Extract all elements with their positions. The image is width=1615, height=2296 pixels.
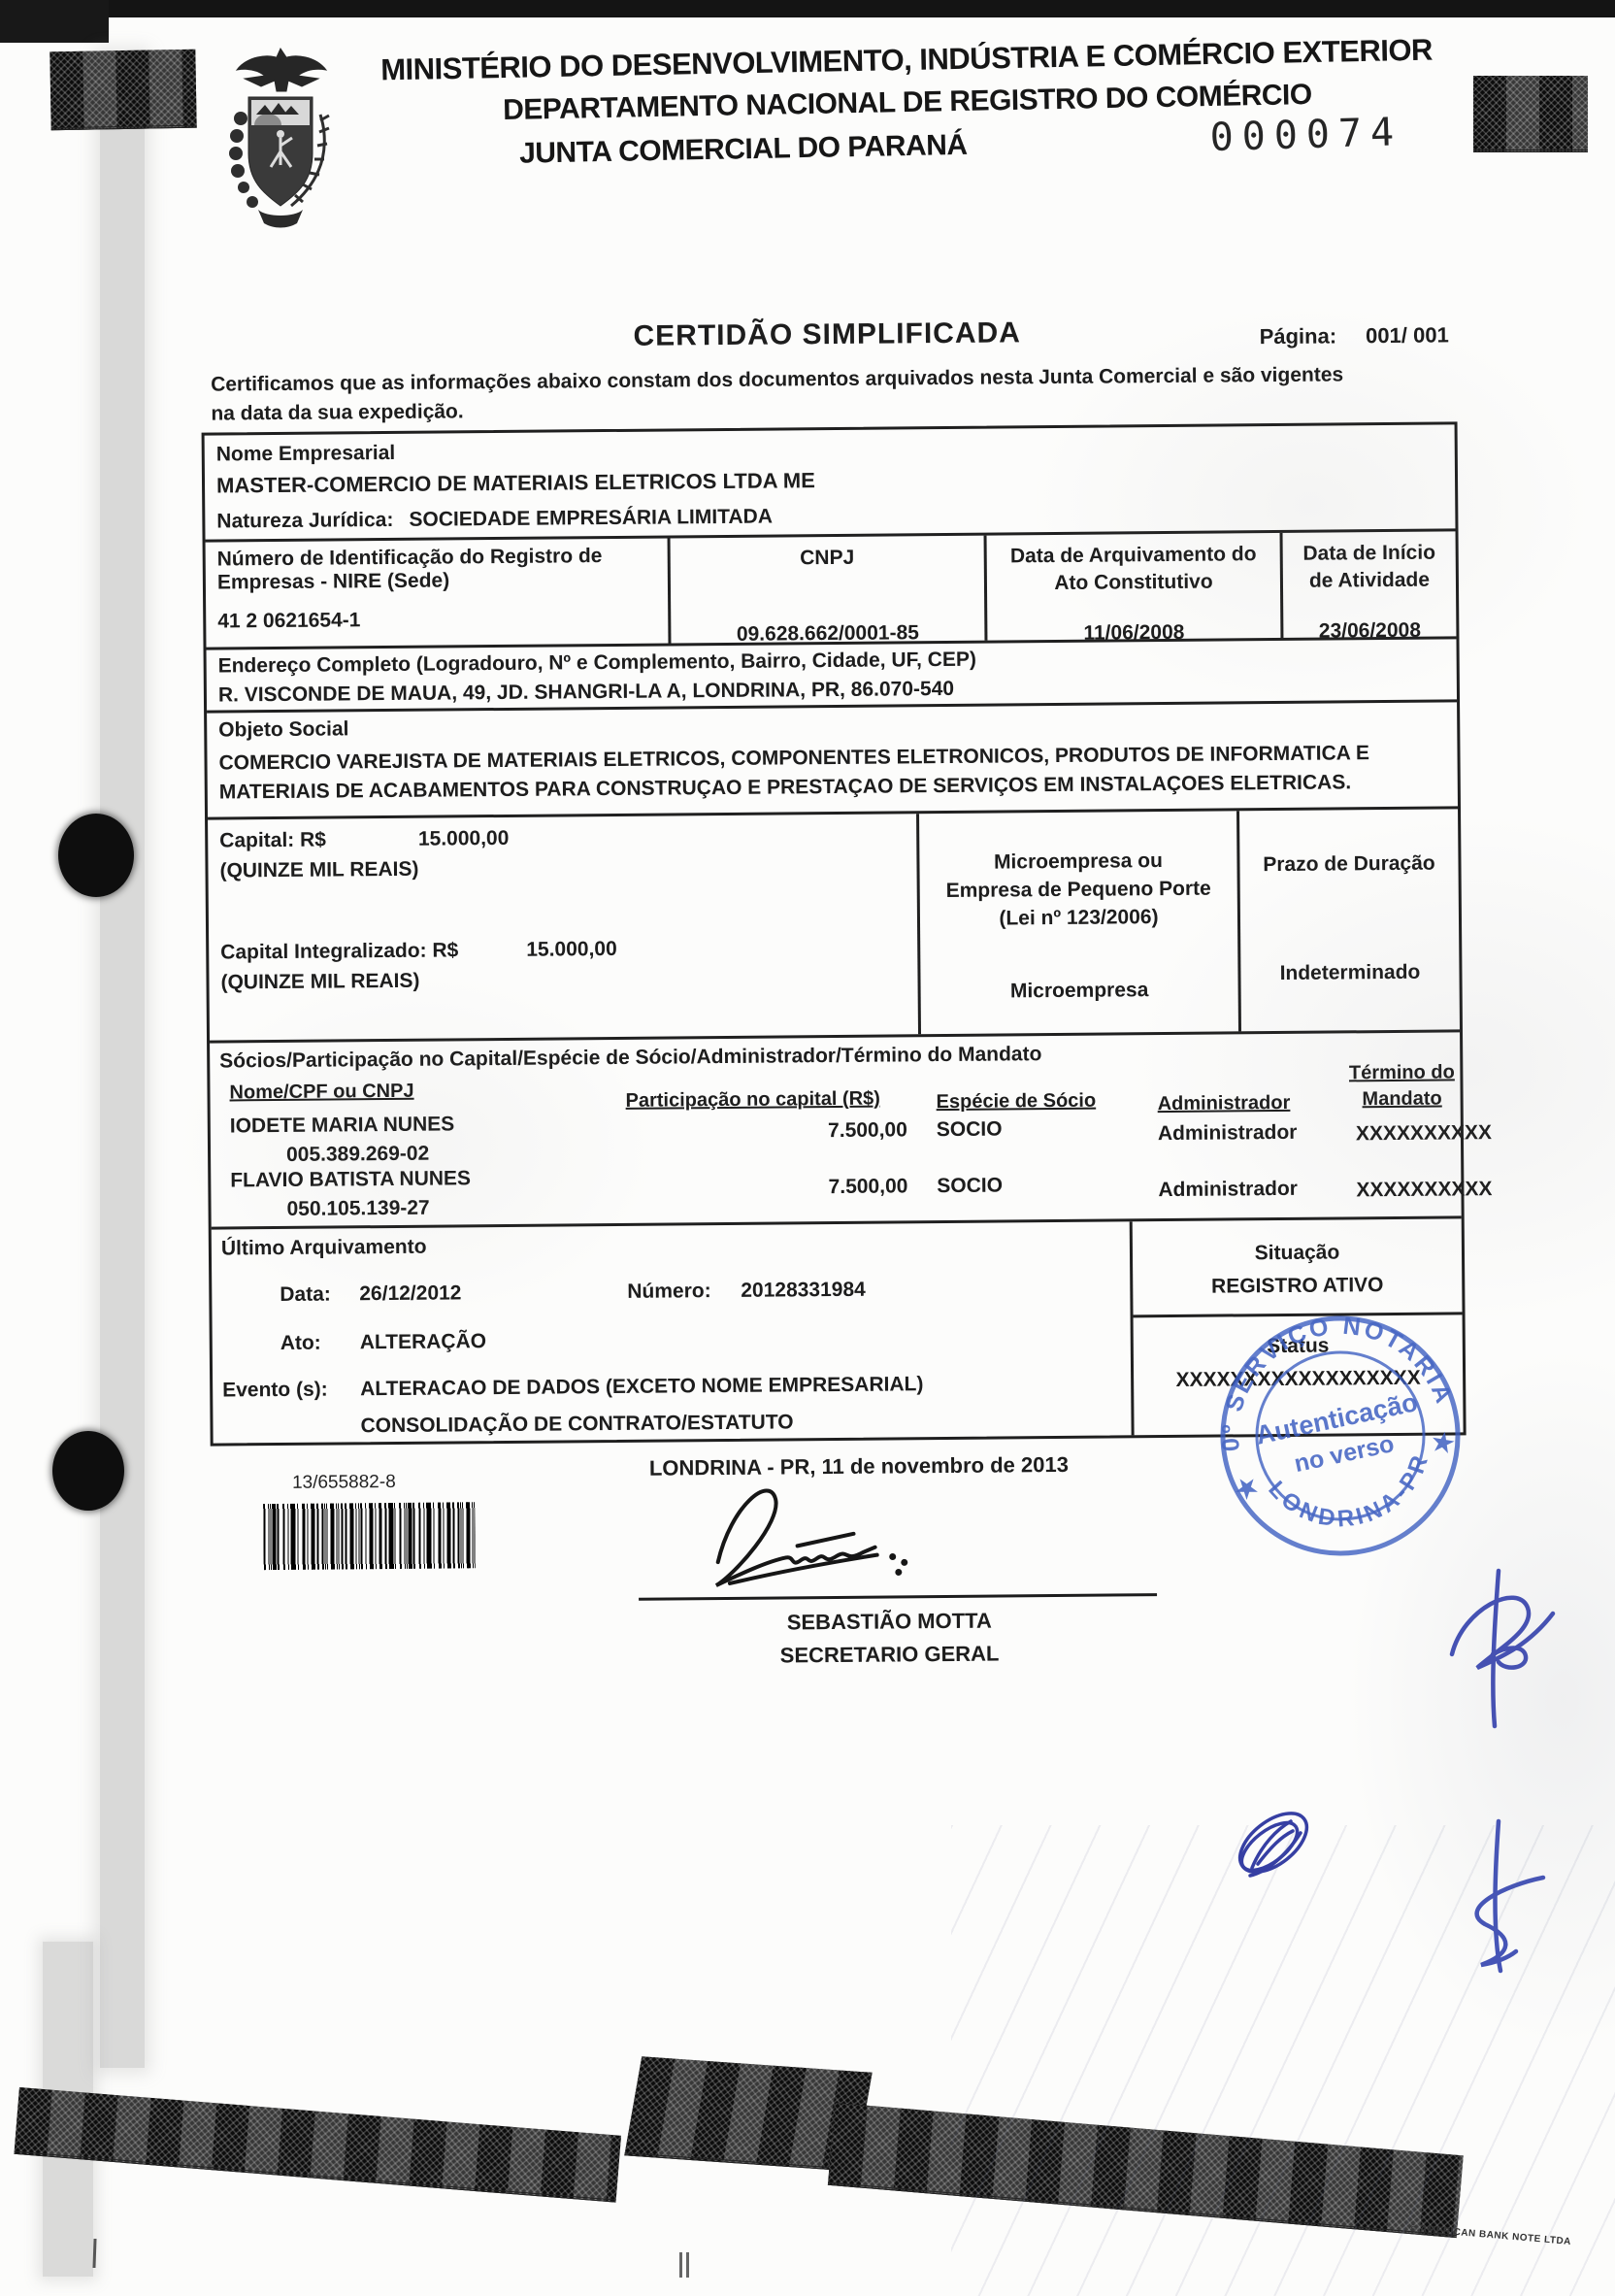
signer-name: SEBASTIÃO MOTTA xyxy=(627,1607,1151,1637)
legal-nature-row: Natureza Jurídica:SOCIEDADE EMPRESÁRIA L… xyxy=(216,500,1443,534)
capital-words: (QUINZE MIL REAIS) xyxy=(219,853,905,882)
partner-cpf: 005.389.269-02 xyxy=(286,1143,429,1167)
secretary-signature xyxy=(673,1467,1004,1602)
filing-date-label: Data de Arquivamento do Ato Constitutivo xyxy=(997,541,1270,597)
registration-row: Número de Identificação do Registro de E… xyxy=(206,528,1457,647)
pen-initials-top xyxy=(1434,1565,1561,1732)
col-header-term-line2: Mandato xyxy=(1362,1088,1441,1111)
col-header-term-line1: Término do xyxy=(1349,1061,1455,1083)
scan-mark xyxy=(679,2252,682,2278)
micro-header-line3: (Lei nº 123/2006) xyxy=(920,902,1237,933)
cnpj-cell: CNPJ 09.628.662/0001-85 xyxy=(668,536,985,644)
col-header-name: Nome/CPF ou CNPJ xyxy=(229,1081,413,1105)
micro-value: Microempresa xyxy=(921,975,1238,1006)
partner-cpf: 050.105.139-27 xyxy=(286,1197,429,1221)
last-filing-title: Último Arquivamento xyxy=(221,1236,427,1261)
micro-header-line1: Microempresa ou xyxy=(919,846,1236,877)
nire-cell: Número de Identificação do Registro de E… xyxy=(206,538,669,647)
cnpj-label: CNPJ xyxy=(671,546,984,572)
last-filing-cell: Último Arquivamento Data: 26/12/2012 Núm… xyxy=(212,1221,1132,1443)
filing-number-label: Número: xyxy=(627,1280,711,1304)
filing-data-value: 26/12/2012 xyxy=(359,1281,461,1306)
partner-term: XXXXXXXXXX xyxy=(1356,1178,1492,1202)
company-name-row: Nome Empresarial MASTER-COMERCIO DE MATE… xyxy=(205,424,1456,539)
address-row: Endereço Completo (Logradouro, Nº e Comp… xyxy=(207,636,1458,710)
purpose-row: Objeto Social COMERCIO VAREJISTA DE MATE… xyxy=(207,699,1458,816)
legal-nature-label: Natureza Jurídica: xyxy=(216,509,393,533)
purpose-label: Objeto Social xyxy=(218,709,1445,743)
page-indicator: Página:001/ 001 xyxy=(1260,322,1449,349)
address-label: Endereço Completo (Logradouro, Nº e Comp… xyxy=(218,645,1445,679)
paidin-value: 15.000,00 xyxy=(526,938,617,961)
col-header-term: Término do Mandato xyxy=(1347,1059,1456,1113)
pen-scribble-oval xyxy=(1223,1786,1322,1895)
certificate-table: Nome Empresarial MASTER-COMERCIO DE MATE… xyxy=(202,421,1467,1446)
company-name-label: Nome Empresarial xyxy=(216,433,1443,467)
filing-number-value: 20128331984 xyxy=(741,1279,866,1303)
certificate-title: CERTIDÃO SIMPLIFICADA xyxy=(633,316,1021,351)
partner-admin: Administrador xyxy=(1158,1121,1298,1146)
partner-type: SOCIO xyxy=(937,1175,1003,1199)
stamp-star-left-icon: ★ xyxy=(1229,1469,1265,1506)
capital-line: Capital: R$15.000,00 xyxy=(219,823,905,852)
paidin-line: Capital Integralizado: R$15.000,00 xyxy=(220,935,906,964)
document-body: CERTIDÃO SIMPLIFICADA Página:001/ 001 Ce… xyxy=(0,0,1615,2296)
partner-type: SOCIO xyxy=(937,1118,1003,1143)
filing-act-label: Ato: xyxy=(280,1332,321,1355)
microenterprise-cell: Microempresa ou Empresa de Pequeno Porte… xyxy=(916,811,1238,1034)
capital-value: 15.000,00 xyxy=(418,827,510,850)
scanned-certificate-page: MINISTÉRIO DO DESENVOLVIMENTO, INDÚSTRIA… xyxy=(0,0,1615,2296)
filing-act-value: ALTERAÇÃO xyxy=(360,1330,486,1354)
micro-header-line2: Empresa de Pequeno Porte xyxy=(920,874,1237,905)
barcode xyxy=(263,1502,476,1570)
stamp-star-right-icon: ★ xyxy=(1430,1426,1458,1459)
paidin-label: Capital Integralizado: R$ xyxy=(220,939,458,963)
paidin-words: (QUINZE MIL REAIS) xyxy=(220,965,906,994)
col-header-administrator: Administrador xyxy=(1158,1092,1291,1115)
situation-label: Situação xyxy=(1133,1240,1462,1266)
partners-row: Sócios/Participação no Capital/Espécie d… xyxy=(210,1029,1462,1226)
activity-start-label: Data de Início de Atividade xyxy=(1291,539,1448,594)
partners-section-title: Sócios/Participação no Capital/Espécie d… xyxy=(219,1043,1041,1073)
col-header-partner-type: Espécie de Sócio xyxy=(937,1090,1097,1114)
filing-event-1: ALTERACAO DE DADOS (EXCETO NOME EMPRESAR… xyxy=(360,1373,923,1401)
legal-nature-value: SOCIEDADE EMPRESÁRIA LIMITADA xyxy=(409,506,773,531)
page-label: Página: xyxy=(1260,323,1337,349)
activity-start-cell: Data de Início de Atividade 23/06/2008 xyxy=(1280,531,1457,638)
partner-term: XXXXXXXXXX xyxy=(1356,1121,1492,1146)
capital-row: Capital: R$15.000,00 (QUINZE MIL REAIS) … xyxy=(208,806,1460,1040)
certification-statement: Certificamos que as informações abaixo c… xyxy=(211,359,1468,428)
filing-events-label: Evento (s): xyxy=(222,1379,328,1403)
filing-date-cell: Data de Arquivamento do Ato Constitutivo… xyxy=(984,533,1281,641)
partner-participation: 7.500,00 xyxy=(628,1175,907,1201)
purpose-value: COMERCIO VAREJISTA DE MATERIAIS ELETRICO… xyxy=(218,739,1422,808)
notary-stamp: 10º SERVIÇO NOTARIAL LONDRINA-PR Autenti… xyxy=(1192,1287,1489,1584)
scan-mark xyxy=(686,2252,689,2278)
page-value: 001/ 001 xyxy=(1366,322,1449,348)
signer-title: SECRETARIO GERAL xyxy=(627,1640,1151,1670)
filing-event-2: CONSOLIDAÇÃO DE CONTRATO/ESTATUTO xyxy=(360,1411,793,1438)
col-header-participation: Participação no capital (R$) xyxy=(626,1088,880,1113)
duration-cell: Prazo de Duração Indeterminado xyxy=(1236,809,1460,1031)
nire-value: 41 2 0621654-1 xyxy=(217,607,656,634)
duration-value: Indeterminado xyxy=(1240,960,1459,985)
partner-admin: Administrador xyxy=(1158,1178,1298,1202)
partner-name: IODETE MARIA NUNES xyxy=(230,1113,455,1138)
duration-label: Prazo de Duração xyxy=(1239,851,1458,877)
title-row: CERTIDÃO SIMPLIFICADA Página:001/ 001 xyxy=(204,313,1451,356)
company-name-value: MASTER-COMERCIO DE MATERIAIS ELETRICOS L… xyxy=(216,463,1443,499)
nire-label: Número de Identificação do Registro de E… xyxy=(217,545,656,595)
barcode-number: 13/655882-8 xyxy=(292,1472,396,1494)
capital-label: Capital: R$ xyxy=(219,829,326,852)
filing-data-label: Data: xyxy=(280,1283,331,1307)
partner-participation: 7.500,00 xyxy=(628,1118,907,1145)
partner-name: FLAVIO BATISTA NUNES xyxy=(230,1167,471,1192)
capital-cell: Capital: R$15.000,00 (QUINZE MIL REAIS) … xyxy=(208,814,918,1040)
pen-initials-bottom xyxy=(1442,1817,1561,1975)
